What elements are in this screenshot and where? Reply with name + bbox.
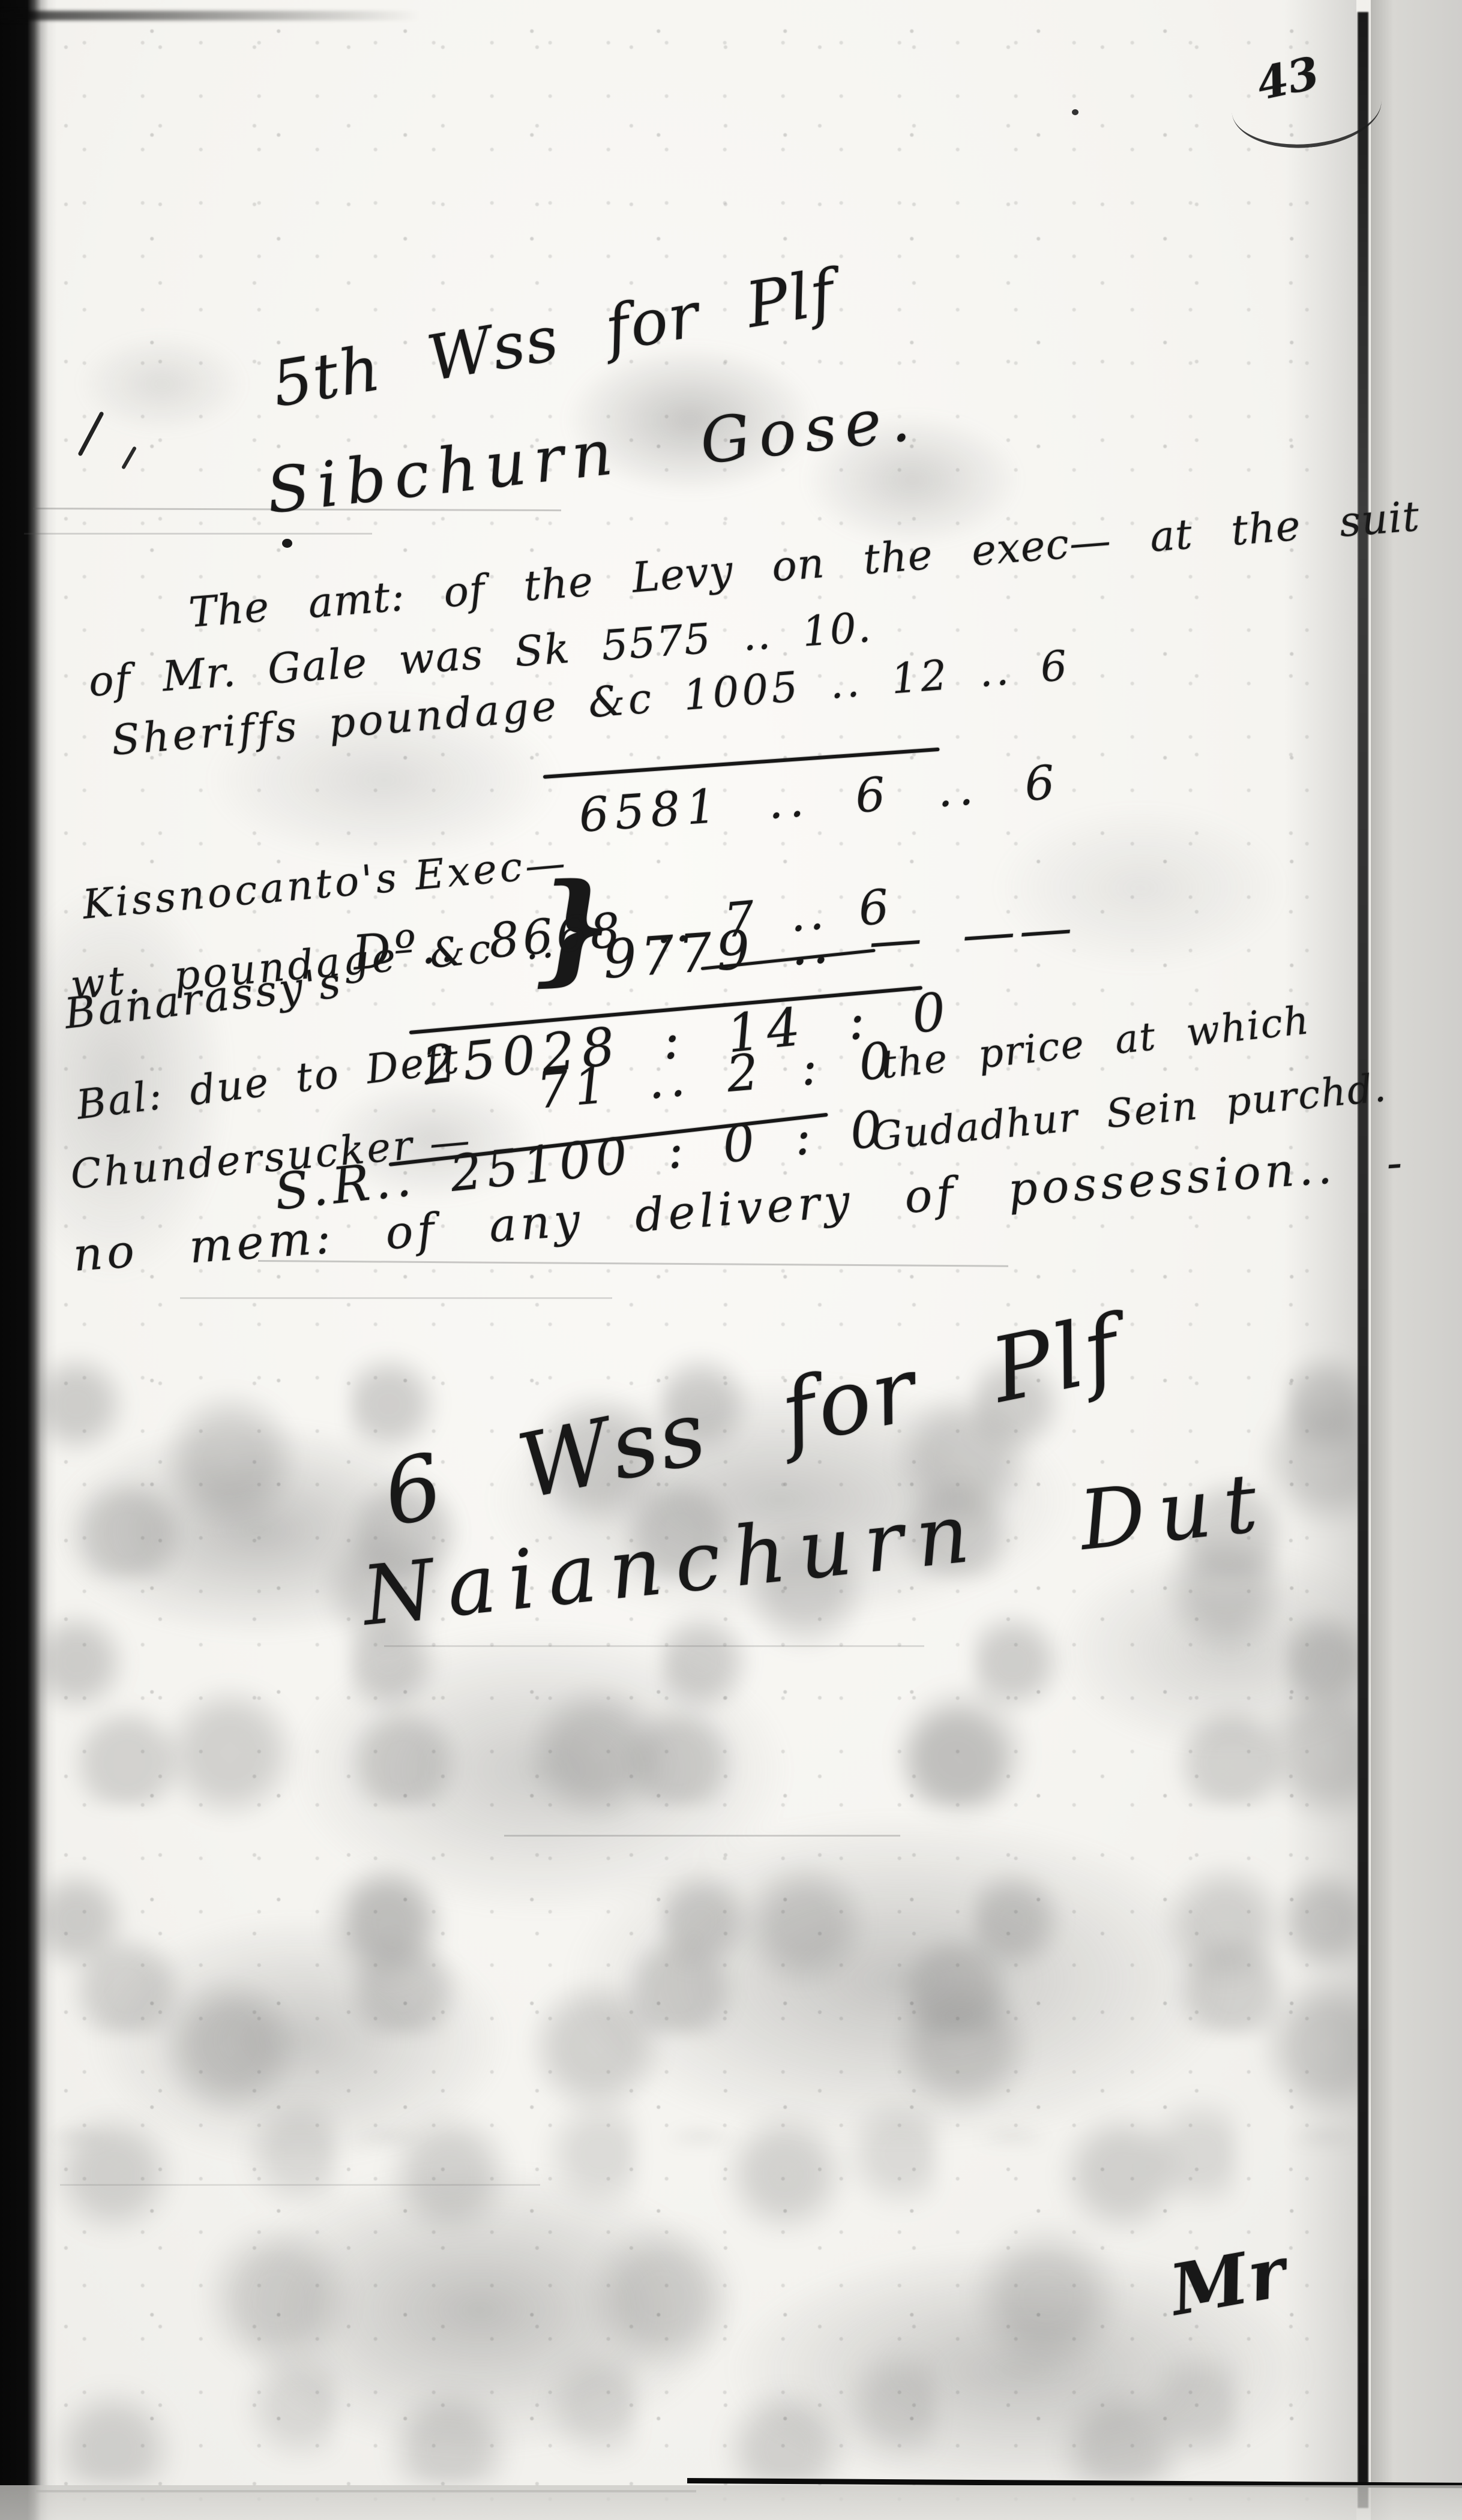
faint-line [180, 1297, 612, 1299]
faint-line [504, 1835, 900, 1837]
top-edge-smudge [0, 11, 420, 20]
left-binding-edge [0, 0, 57, 2520]
faint-line [24, 533, 372, 535]
manuscript-page: 43 5th Wss for Plf Sibchurn Gose. The am… [0, 0, 1462, 2520]
ink-dot [282, 539, 292, 548]
faint-line [384, 1645, 924, 1647]
right-margin-strip [1371, 0, 1462, 2520]
bottom-edge-strip [0, 2485, 1462, 2520]
faint-line [60, 2184, 540, 2186]
ink-dot [1072, 109, 1078, 115]
right-page-edge-line [1358, 12, 1368, 2508]
gutter-shadow [1284, 0, 1356, 2520]
